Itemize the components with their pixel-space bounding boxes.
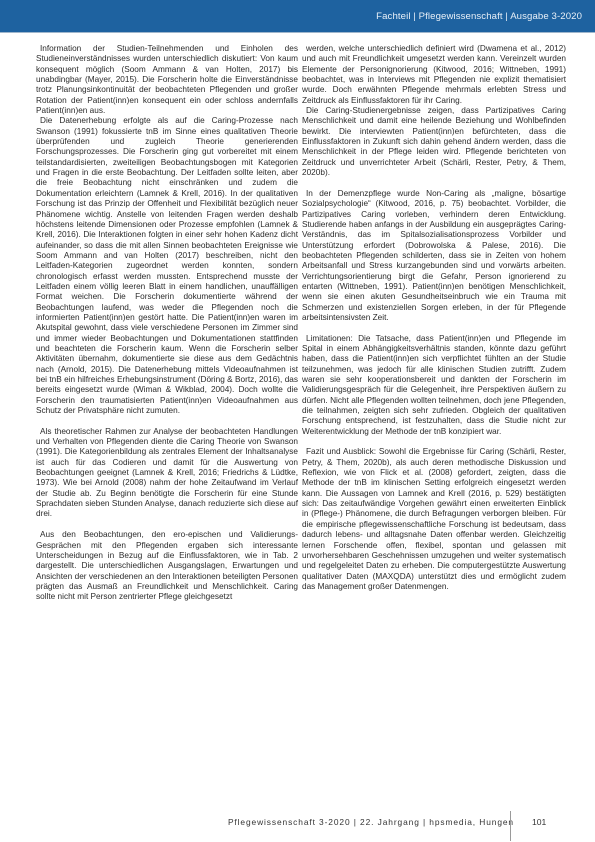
left-text-column: Information der Studien-Teilnehmenden un…: [36, 44, 298, 603]
paragraph: Die Datenerhebung erfolgte als auf die C…: [36, 116, 298, 416]
journal-info: Pflegewissenschaft 3-2020 | 22. Jahrgang…: [228, 817, 514, 827]
paragraph: werden, welche unterschiedlich definiert…: [302, 44, 566, 106]
right-text-column: werden, welche unterschiedlich definiert…: [302, 44, 566, 592]
footer-divider: [510, 811, 511, 841]
paragraph: Information der Studien-Teilnehmenden un…: [36, 44, 298, 116]
page-number: 101: [532, 817, 546, 827]
paragraph: Als theoretischer Rahmen zur Analyse der…: [36, 427, 298, 520]
paragraph: Aus den Beobachtungen, den ero-epischen …: [36, 530, 298, 602]
paragraph: Limitationen: Die Tatsache, dass Patient…: [302, 334, 566, 437]
paragraph: Fazit und Ausblick: Sowohl die Ergebniss…: [302, 447, 566, 592]
paragraph: Die Caring-Studienergebnisse zeigen, das…: [302, 106, 566, 178]
running-header: Fachteil | Pflegewissenschaft | Ausgabe …: [0, 0, 595, 33]
running-title: Fachteil | Pflegewissenschaft | Ausgabe …: [376, 11, 582, 22]
paragraph: In der Demenzpflege wurde Non-Caring als…: [302, 189, 566, 323]
page-footer: Pflegewissenschaft 3-2020 | 22. Jahrgang…: [0, 805, 595, 842]
